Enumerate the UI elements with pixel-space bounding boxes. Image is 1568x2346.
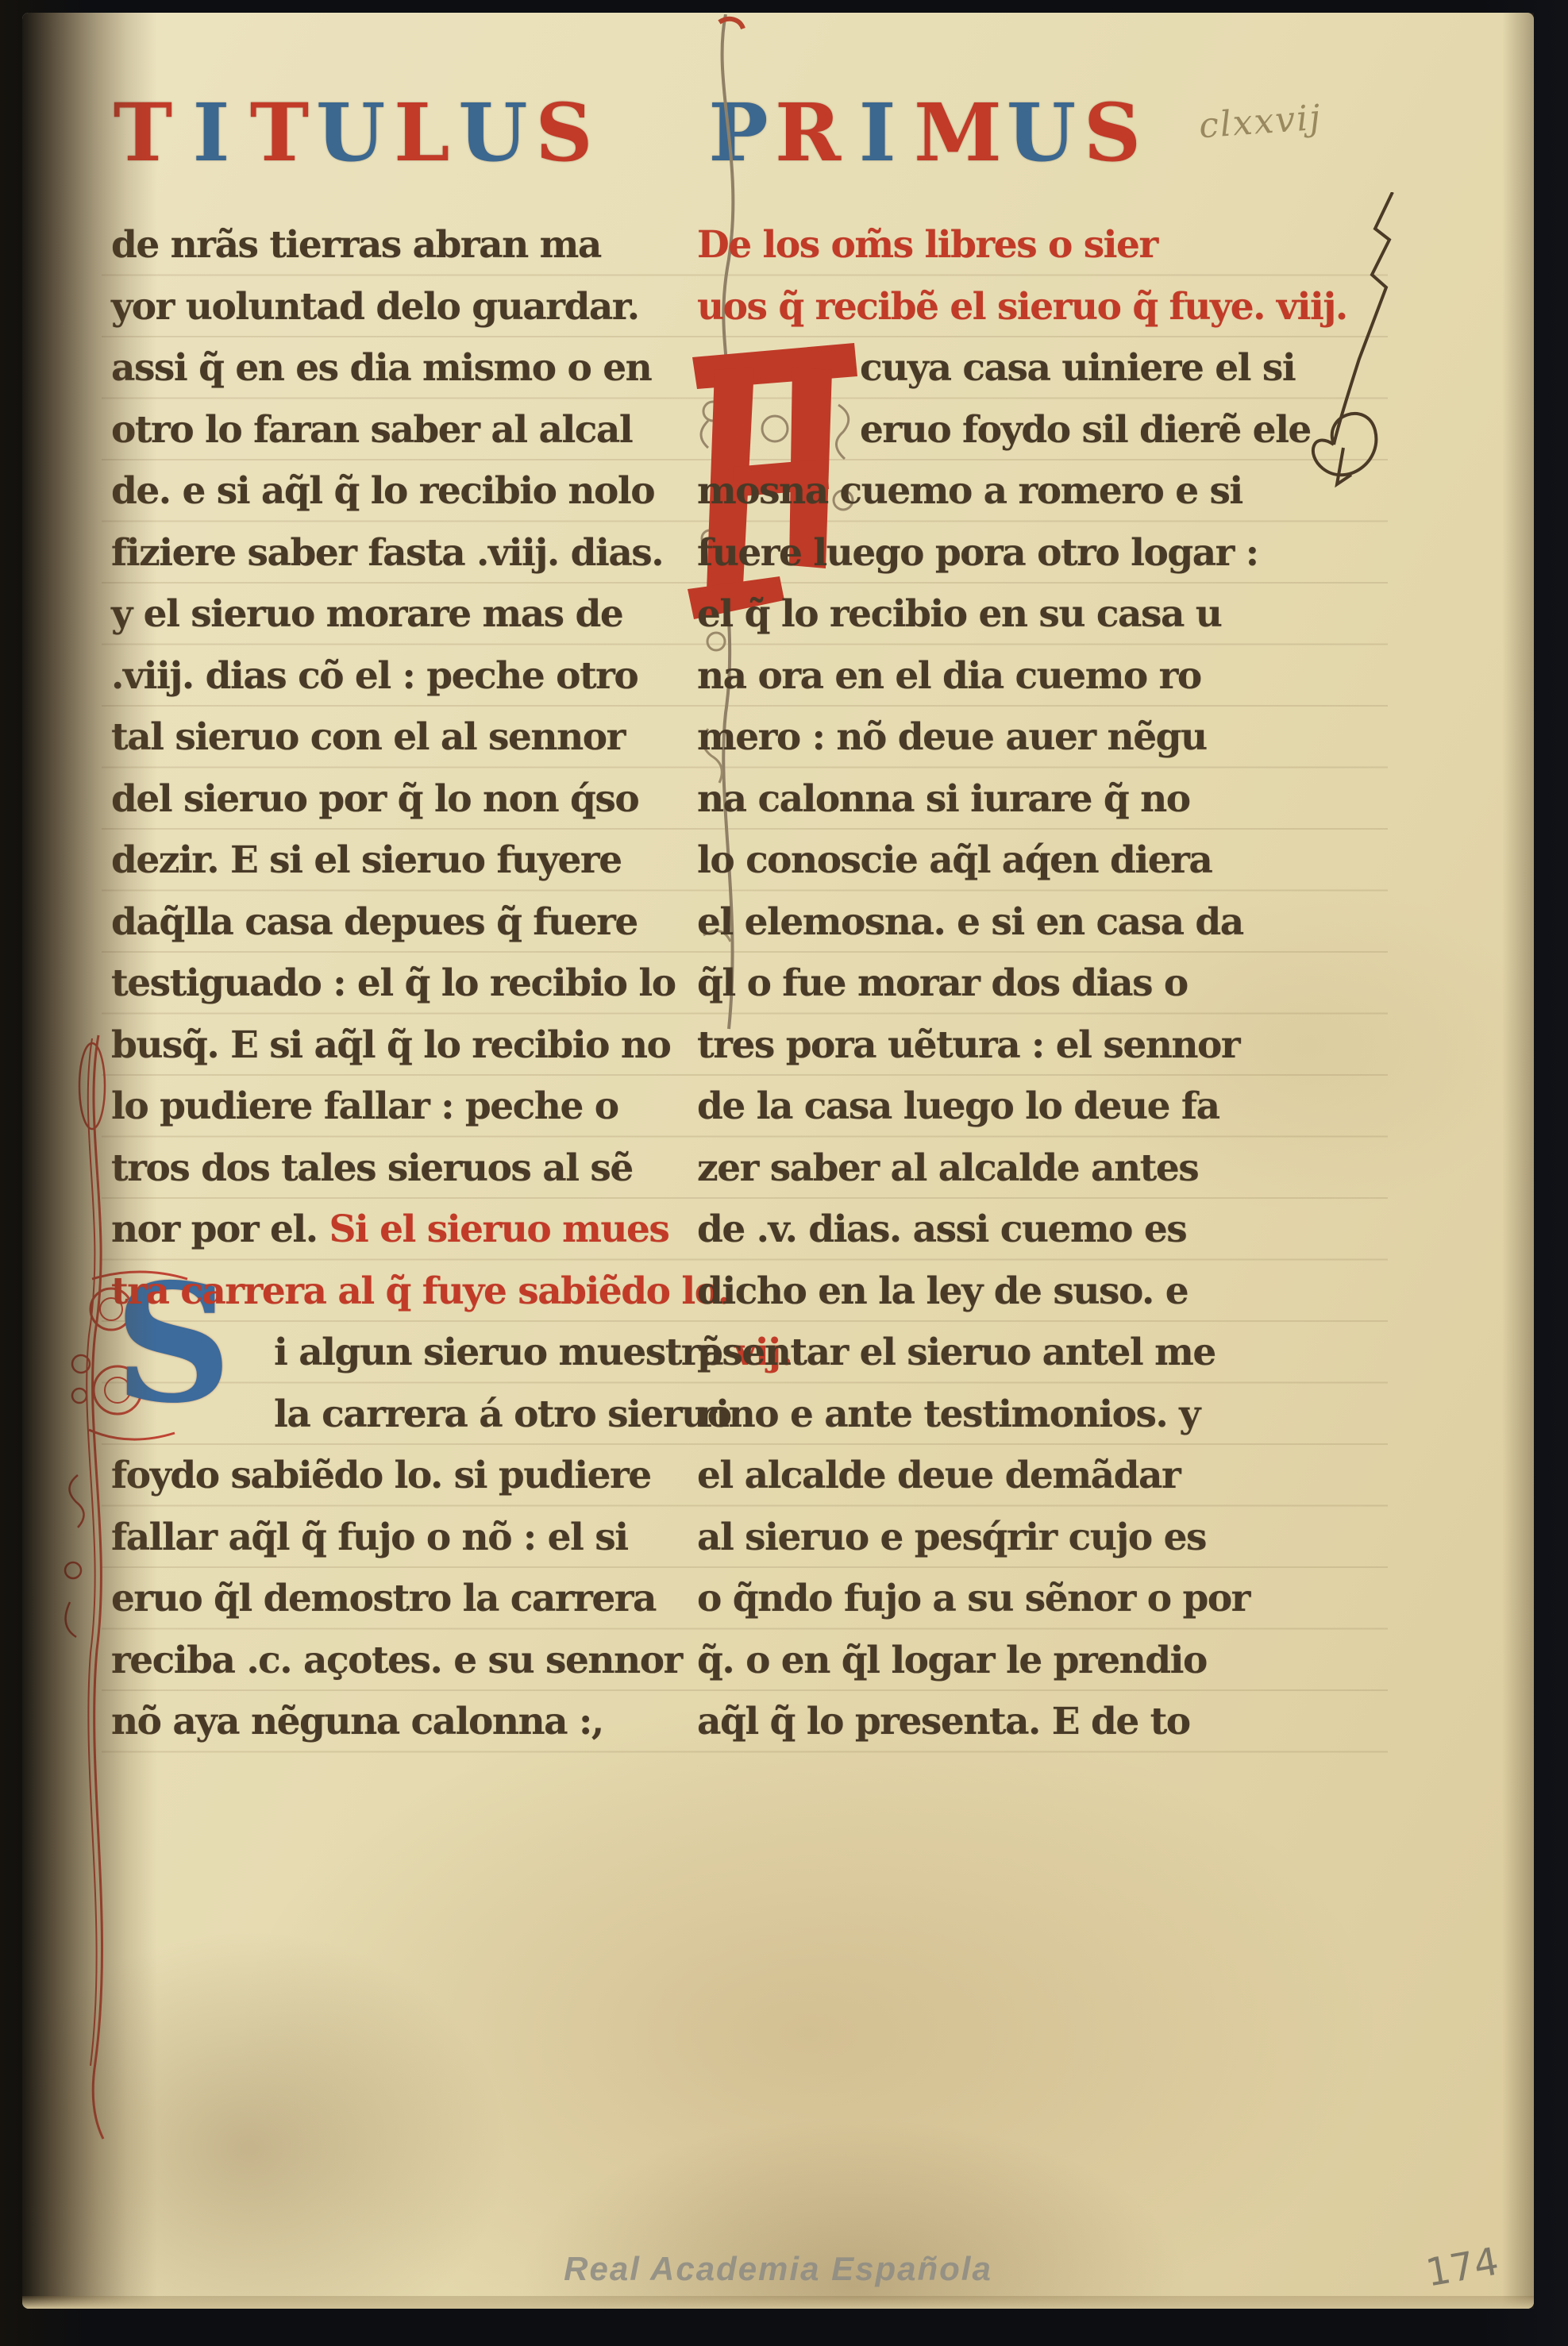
body-text: foydo sabiẽdo lo. si pudiere: [111, 1454, 651, 1497]
text-line: tal sieruo con el al sennor: [111, 707, 691, 769]
body-text: y el sieruo morare mas de: [111, 592, 622, 636]
library-watermark: Real Academia Española: [564, 2250, 992, 2288]
photograph-background: TITULUS PRIMUS clxxvij: [0, 0, 1568, 2346]
text-line: foydo sabiẽdo lo. si pudiere: [111, 1445, 691, 1507]
text-line: reciba .c. açotes. e su sennor: [111, 1630, 691, 1692]
text-line: testiguado : el q̃ lo recibio lo: [111, 953, 691, 1015]
body-text: assi q̃ en es dia mismo o en: [111, 346, 651, 390]
body-text: el alcalde deue demãdar: [697, 1454, 1180, 1497]
running-title-letter: U: [316, 89, 385, 176]
body-text: eruo q̃l demostro la carrera: [111, 1577, 656, 1620]
underlying-leaf-edge: [22, 2296, 1534, 2309]
body-text: mero : nõ deue auer nẽgu: [697, 715, 1207, 759]
text-line: de .v. dias. assi cuemo es: [697, 1199, 1332, 1261]
running-title-letter: P: [707, 89, 770, 176]
text-line: lo pudiere fallar : peche o: [111, 1076, 691, 1138]
body-text: fuere luego pora otro logar :: [697, 531, 1258, 575]
text-line: nor por el. Si el sieruo mues: [111, 1199, 691, 1261]
running-title-letter: R: [775, 89, 841, 176]
body-text: dezir. E si el sieruo fuyere: [111, 838, 622, 882]
body-text: i algun sieruo muestra: [274, 1331, 734, 1374]
text-line: y el sieruo morare mas de: [111, 584, 691, 645]
body-text: nor por el.: [111, 1208, 329, 1251]
body-text: tros dos tales sieruos al sẽ: [111, 1146, 633, 1190]
text-line: la carrera á otro sieruo: [111, 1384, 691, 1446]
running-title-left: TITULUS: [111, 89, 595, 176]
text-line: fallar aq̃l q̃ fujo o nõ : el si: [111, 1507, 691, 1569]
text-line: q̃. o en q̃l logar le prendio: [697, 1630, 1332, 1692]
text-line: uos q̃ recibẽ el sieruo q̃ fuye. viij.: [697, 276, 1332, 338]
body-text: p̃sentar el sieruo antel me: [697, 1331, 1215, 1374]
text-line: daq̃lla casa depues q̃ fuere: [111, 892, 691, 953]
body-text: busq̃. E si aq̃l q̃ lo recibio no: [111, 1023, 670, 1067]
body-text: de nrãs tierras abran ma: [111, 223, 601, 267]
running-title-letter: U: [1007, 89, 1076, 176]
body-text: zer saber al alcalde antes: [697, 1146, 1198, 1190]
text-line: rino e ante testimonios. y: [697, 1384, 1332, 1446]
text-line: eruo q̃l demostro la carrera: [111, 1568, 691, 1630]
text-line: tres pora uẽtura : el sennor: [697, 1015, 1332, 1077]
text-line: dicho en la ley de suso. e: [697, 1261, 1332, 1323]
text-line: del sieruo por q̃ lo non q́so: [111, 769, 691, 830]
body-text: reciba .c. açotes. e su sennor: [111, 1639, 682, 1682]
text-line: dezir. E si el sieruo fuyere: [111, 830, 691, 892]
body-text: del sieruo por q̃ lo non q́so: [111, 777, 638, 821]
running-title-letter: S: [532, 89, 595, 176]
running-title-letter: M: [914, 89, 1002, 176]
running-title-letter: U: [458, 89, 527, 176]
text-line: aq̃l q̃ lo presenta. E de to: [697, 1691, 1332, 1753]
body-text: nõ aya nẽguna calonna :,: [111, 1700, 603, 1743]
body-text: tal sieruo con el al sennor: [111, 715, 625, 759]
text-line: cuya casa uiniere el si: [697, 337, 1332, 399]
body-text: o q̃ndo fujo a su sẽnor o por: [697, 1577, 1250, 1620]
body-text: de la casa luego lo deue fa: [697, 1084, 1219, 1128]
text-column-right: De los om̃s libres o sieruos q̃ recibẽ e…: [697, 214, 1332, 1753]
body-text: na calonna si iurare q̃ no: [697, 777, 1190, 821]
text-line: el alcalde deue demãdar: [697, 1445, 1332, 1507]
text-line: p̃sentar el sieruo antel me: [697, 1322, 1332, 1384]
body-text: el elemosna. e si en casa da: [697, 900, 1243, 944]
body-text: na ora en el dia cuemo ro: [697, 654, 1201, 698]
text-line: q̃l o fue morar dos dias o: [697, 953, 1332, 1015]
body-text: eruo foydo sil dierẽ ele: [860, 408, 1311, 452]
running-title-letter: L: [390, 89, 453, 176]
running-title-right: PRIMUS: [707, 89, 1144, 176]
body-text: de. e si aq̃l q̃ lo recibio nolo: [111, 469, 654, 513]
running-title-letter: I: [846, 89, 909, 176]
rubric-text: De los om̃s libres o sier: [697, 223, 1158, 267]
text-line: mero : nõ deue auer nẽgu: [697, 707, 1332, 769]
text-line: lo conoscie aq̃l aq́en diera: [697, 830, 1332, 892]
body-text: q̃l o fue morar dos dias o: [697, 961, 1188, 1005]
body-text: daq̃lla casa depues q̃ fuere: [111, 900, 638, 944]
text-line: nõ aya nẽguna calonna :,: [111, 1691, 691, 1753]
text-line: i algun sieruo muestra vij.: [111, 1322, 691, 1384]
body-text: fallar aq̃l q̃ fujo o nõ : el si: [111, 1516, 628, 1559]
rubric-text: tra carrera al q̃ fuye sabiẽdo lo.: [111, 1269, 730, 1313]
pencil-folio-number: 174: [1423, 2239, 1502, 2295]
body-text: al sieruo e pesq́rir cujo es: [697, 1516, 1206, 1559]
running-title-letter: I: [179, 89, 243, 176]
body-text: aq̃l q̃ lo presenta. E de to: [697, 1700, 1190, 1743]
body-text: testiguado : el q̃ lo recibio lo: [111, 961, 676, 1005]
body-text: q̃. o en q̃l logar le prendio: [697, 1639, 1207, 1682]
running-title-letter: T: [111, 89, 175, 176]
text-line: al sieruo e pesq́rir cujo es: [697, 1507, 1332, 1569]
manuscript-page: TITULUS PRIMUS clxxvij: [22, 13, 1534, 2309]
text-line: zer saber al alcalde antes: [697, 1138, 1332, 1200]
running-title-letter: T: [248, 89, 311, 176]
body-text: fiziere saber fasta .viij. dias.: [111, 531, 663, 575]
text-line: otro lo faran saber al alcal: [111, 399, 691, 461]
old-foliation-number: clxxvij: [1197, 98, 1323, 147]
text-line: fiziere saber fasta .viij. dias.: [111, 522, 691, 584]
text-line: de. e si aq̃l q̃ lo recibio nolo: [111, 460, 691, 522]
page-edge-shadow: [1502, 13, 1534, 2309]
text-line: .viij. dias cõ el : peche otro: [111, 645, 691, 707]
body-text: yor uoluntad delo guardar.: [111, 285, 639, 329]
text-line: assi q̃ en es dia mismo o en: [111, 337, 691, 399]
body-text: tres pora uẽtura : el sennor: [697, 1023, 1239, 1067]
text-line: mosna cuemo a romero e si: [697, 460, 1332, 522]
text-column-left: de nrãs tierras abran mayor uoluntad del…: [111, 214, 691, 1753]
text-line: yor uoluntad delo guardar.: [111, 276, 691, 338]
rubric-text: uos q̃ recibẽ el sieruo q̃ fuye. viij.: [697, 285, 1347, 329]
body-text: la carrera á otro sieruo: [274, 1393, 731, 1436]
body-text: .viij. dias cõ el : peche otro: [111, 654, 638, 698]
text-line: de la casa luego lo deue fa: [697, 1076, 1332, 1138]
text-line: eruo foydo sil dierẽ ele: [697, 399, 1332, 461]
text-line: De los om̃s libres o sier: [697, 214, 1332, 276]
body-text: de .v. dias. assi cuemo es: [697, 1208, 1186, 1251]
body-text: mosna cuemo a romero e si: [697, 469, 1242, 513]
body-text: otro lo faran saber al alcal: [111, 408, 632, 452]
text-line: o q̃ndo fujo a su sẽnor o por: [697, 1568, 1332, 1630]
body-text: dicho en la ley de suso. e: [697, 1269, 1188, 1313]
text-line: de nrãs tierras abran ma: [111, 214, 691, 276]
text-line: tra carrera al q̃ fuye sabiẽdo lo.: [111, 1261, 691, 1323]
body-text: lo conoscie aq̃l aq́en diera: [697, 838, 1212, 882]
body-text: cuya casa uiniere el si: [860, 346, 1295, 390]
text-line: na calonna si iurare q̃ no: [697, 769, 1332, 830]
text-line: na ora en el dia cuemo ro: [697, 645, 1332, 707]
text-line: el q̃ lo recibio en su casa u: [697, 584, 1332, 645]
text-line: fuere luego pora otro logar :: [697, 522, 1332, 584]
body-text: lo pudiere fallar : peche o: [111, 1084, 618, 1128]
body-text: el q̃ lo recibio en su casa u: [697, 592, 1221, 636]
running-title-letter: S: [1081, 89, 1144, 176]
text-line: el elemosna. e si en casa da: [697, 892, 1332, 953]
text-line: tros dos tales sieruos al sẽ: [111, 1138, 691, 1200]
body-text: rino e ante testimonios. y: [697, 1393, 1200, 1436]
rubric-text: Si el sieruo mues: [329, 1208, 668, 1251]
text-line: busq̃. E si aq̃l q̃ lo recibio no: [111, 1015, 691, 1077]
